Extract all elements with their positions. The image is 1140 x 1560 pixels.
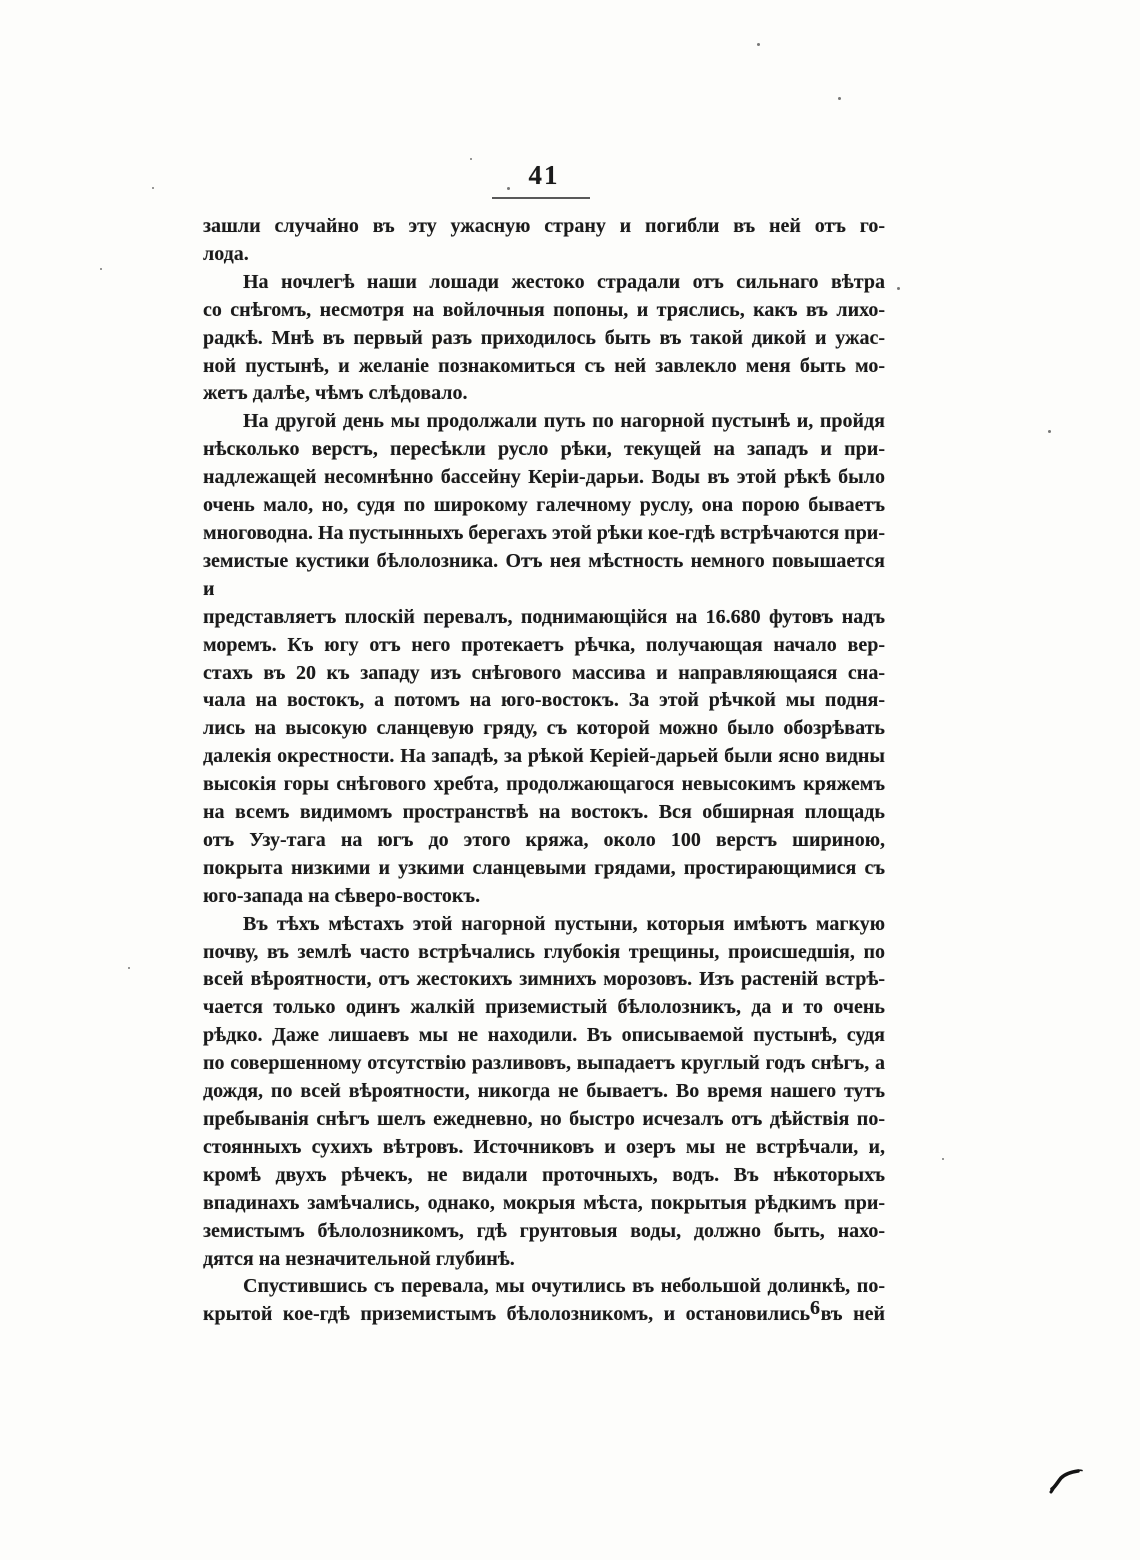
text-line: очень мало, но, судя по широкому галечно…	[203, 492, 885, 520]
text-line: радкѣ. Мнѣ въ первый разъ приходилось бы…	[203, 325, 885, 353]
text-line: Спустившись съ перевала, мы очутились въ…	[203, 1273, 885, 1301]
text-line: стоянныхъ сухихъ вѣтровъ. Источниковъ и …	[203, 1134, 885, 1162]
text-line: представляетъ плоскій перевалъ, поднимаю…	[203, 604, 885, 632]
page-text: зашли случайно въ эту ужасную страну и п…	[203, 213, 885, 1329]
text-line: чается только одинъ жалкій приземистый б…	[203, 994, 885, 1022]
text-line: моремъ. Къ югу отъ него протекаетъ рѣчка…	[203, 632, 885, 660]
text-line: стахъ въ 20 къ западу изъ снѣгового масс…	[203, 660, 885, 688]
page-number: 41	[529, 160, 560, 190]
text-line: кромѣ двухъ рѣчекъ, не видали проточныхъ…	[203, 1162, 885, 1190]
text-line: земистые кустики бѣлолозника. Отъ нея мѣ…	[203, 548, 885, 604]
text-line: пребыванія снѣгъ шелъ ежедневно, но быст…	[203, 1106, 885, 1134]
text-line: лода.	[203, 241, 885, 269]
text-line: по совершенному отсутствію разливовъ, вы…	[203, 1050, 885, 1078]
text-line: лись на высокую сланцевую гряду, съ кото…	[203, 715, 885, 743]
pen-swoosh-mark	[1045, 1462, 1085, 1498]
book-page: 41 зашли случайно въ эту ужасную страну …	[0, 0, 1140, 1560]
text-line: многоводна. На пустынныхъ берегахъ этой …	[203, 520, 885, 548]
text-line: покрыта низкими и узкими сланцевыми гряд…	[203, 855, 885, 883]
text-line: чала на востокъ, а потомъ на юго-востокъ…	[203, 687, 885, 715]
text-line: дождя, по всей вѣроятности, никогда не б…	[203, 1078, 885, 1106]
ink-speck	[897, 287, 900, 290]
text-line: далекія окрестности. На западѣ, за рѣкой…	[203, 743, 885, 771]
ink-speck	[757, 43, 760, 46]
text-line: всей вѣроятности, отъ жестокихъ зимнихъ …	[203, 966, 885, 994]
text-line: почву, въ землѣ часто встрѣчались глубок…	[203, 939, 885, 967]
text-line: зашли случайно въ эту ужасную страну и п…	[203, 213, 885, 241]
text-line: рѣдко. Даже лишаевъ мы не находили. Въ о…	[203, 1022, 885, 1050]
text-line: На ночлегѣ наши лошади жестоко страдали …	[203, 269, 885, 297]
ink-speck	[128, 967, 130, 969]
ink-speck	[1048, 430, 1051, 433]
ink-speck	[100, 268, 102, 270]
ink-speck	[470, 158, 472, 160]
page-header: 41	[203, 160, 885, 191]
text-line: дятся на незначительной глубинѣ.	[203, 1246, 885, 1274]
text-line: На другой день мы продолжали путь по наг…	[203, 408, 885, 436]
text-line: ной пустынѣ, и желаніе познакомиться съ …	[203, 353, 885, 381]
signature-mark: 6	[810, 1297, 820, 1320]
ink-speck	[152, 187, 154, 189]
text-line: крытой кое-гдѣ приземистымъ бѣлолозником…	[203, 1301, 885, 1329]
text-line: на всемъ видимомъ пространствѣ на восток…	[203, 799, 885, 827]
text-line: земистымъ бѣлолозникомъ, гдѣ грунтовыя в…	[203, 1218, 885, 1246]
text-line: юго-запада на сѣверо-востокъ.	[203, 883, 885, 911]
text-line: со снѣгомъ, несмотря на войлочныя попоны…	[203, 297, 885, 325]
header-rule	[492, 197, 590, 199]
ink-speck	[507, 187, 510, 190]
text-line: жетъ далѣе, чѣмъ слѣдовало.	[203, 380, 885, 408]
text-line: надлежащей несомнѣнно бассейну Керіи-дар…	[203, 464, 885, 492]
ink-speck	[942, 1158, 944, 1160]
text-line: впадинахъ замѣчались, однако, мокрыя мѣс…	[203, 1190, 885, 1218]
text-line: нѣсколько верстъ, пересѣкли русло рѣки, …	[203, 436, 885, 464]
ink-speck	[838, 97, 841, 100]
text-line: Въ тѣхъ мѣстахъ этой нагорной пустыни, к…	[203, 911, 885, 939]
text-line: отъ Узу-тага на югъ до этого кряжа, окол…	[203, 827, 885, 855]
text-line: высокія горы снѣгового хребта, продолжаю…	[203, 771, 885, 799]
